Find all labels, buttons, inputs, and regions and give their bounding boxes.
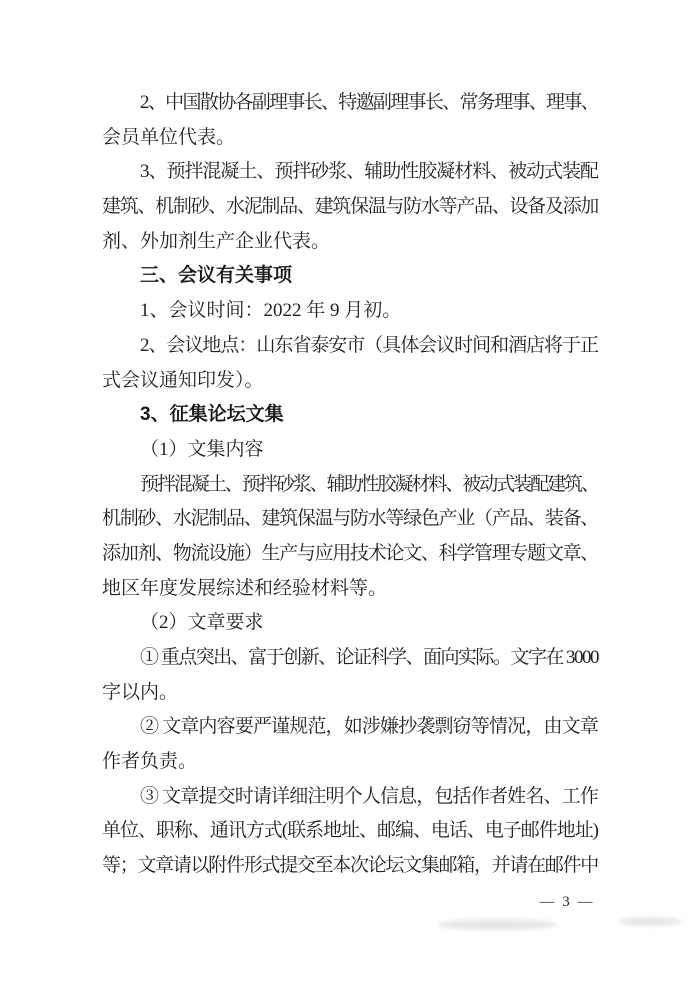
text-line-content: 1、会议时间：2022 年 9 月初。 [140, 300, 401, 321]
page-number: — 3 — [531, 894, 603, 911]
scanned-document-page: 2、中国散协各副理事长、特邀副理事长、常务理事、理事、会员单位代表。3、预拌混凝… [0, 0, 700, 990]
text-line-content: 添加剂、物流设施）生产与应用技术论文、科学管理专题文章、 [102, 543, 598, 564]
text-line-content: 字以内。 [102, 682, 178, 703]
text-line: 剂、外加剂生产企业代表。 [102, 225, 598, 260]
text-line: 1、会议时间：2022 年 9 月初。 [102, 294, 598, 329]
text-line-content: 2、会议地点：山东省泰安市（具体会议时间和酒店将于正 [140, 335, 598, 356]
text-line: 会员单位代表。 [102, 121, 598, 156]
text-line-content: 地区年度发展综述和经验材料等。 [102, 578, 387, 599]
text-line-content: 机制砂、水泥制品、建筑保温与防水等绿色产业（产品、装备、 [102, 508, 598, 529]
text-line: 三、会议有关事项 [102, 259, 598, 294]
text-line-content: ③ 文章提交时请详细注明个人信息，包括作者姓名、工作 [140, 786, 598, 807]
text-line-content: 式会议通知印发）。 [102, 370, 264, 391]
text-line: （2）文章要求 [102, 606, 598, 641]
text-line: 2、中国散协各副理事长、特邀副理事长、常务理事、理事、 [102, 86, 598, 121]
text-line: 地区年度发展综述和经验材料等。 [102, 572, 598, 607]
text-line: 等；文章请以附件形式提交至本次论坛文集邮箱，并请在邮件中 [102, 849, 598, 884]
text-line-content: 建筑、机制砂、水泥制品、建筑保温与防水等产品、设备及添加 [102, 196, 598, 217]
text-line: 机制砂、水泥制品、建筑保温与防水等绿色产业（产品、装备、 [102, 502, 598, 537]
text-line-content: 单位、职称、通讯方式(联系地址、邮编、电话、电子邮件地址) [102, 820, 598, 841]
text-line: 式会议通知印发）。 [102, 364, 598, 399]
text-line: 预拌混凝土、预拌砂浆、辅助性胶凝材料、被动式装配建筑、 [102, 468, 598, 503]
text-line-content: 会员单位代表。 [102, 127, 235, 148]
text-line-content: 3、预拌混凝土、预拌砂浆、辅助性胶凝材料、被动式装配 [140, 161, 598, 182]
text-line-content: 作者负责。 [102, 751, 197, 772]
text-line: （1）文集内容 [102, 433, 598, 468]
text-line: 3、征集论坛文集 [102, 398, 598, 433]
text-line: 建筑、机制砂、水泥制品、建筑保温与防水等产品、设备及添加 [102, 190, 598, 225]
text-line: ② 文章内容要严谨规范，如涉嫌抄袭剽窃等情况，由文章 [102, 710, 598, 745]
text-line: 添加剂、物流设施）生产与应用技术论文、科学管理专题文章、 [102, 537, 598, 572]
text-line-content: ② 文章内容要严谨规范，如涉嫌抄袭剽窃等情况，由文章 [140, 716, 598, 737]
text-line: 单位、职称、通讯方式(联系地址、邮编、电话、电子邮件地址) [102, 814, 598, 849]
text-line: 作者负责。 [102, 745, 598, 780]
text-line-content: ① 重点突出、富于创新、论证科学、面向实际。文字在 3000 [140, 647, 598, 668]
text-line: 2、会议地点：山东省泰安市（具体会议时间和酒店将于正 [102, 329, 598, 364]
document-body: 2、中国散协各副理事长、特邀副理事长、常务理事、理事、会员单位代表。3、预拌混凝… [102, 86, 598, 884]
text-line-content: 三、会议有关事项 [140, 265, 292, 286]
text-line-content: 等；文章请以附件形式提交至本次论坛文集邮箱，并请在邮件中 [102, 855, 598, 876]
text-line-content: 2、中国散协各副理事长、特邀副理事长、常务理事、理事、 [140, 92, 598, 113]
text-line: ③ 文章提交时请详细注明个人信息，包括作者姓名、工作 [102, 780, 598, 815]
text-line-content: 3、征集论坛文集 [140, 404, 284, 425]
scan-artifact [618, 917, 682, 926]
text-line-content: （1）文集内容 [140, 439, 264, 460]
text-line: ① 重点突出、富于创新、论证科学、面向实际。文字在 3000 [102, 641, 598, 676]
text-line-content: （2）文章要求 [140, 612, 264, 633]
text-line: 字以内。 [102, 676, 598, 711]
scan-artifact [438, 919, 558, 930]
text-line: 3、预拌混凝土、预拌砂浆、辅助性胶凝材料、被动式装配 [102, 155, 598, 190]
text-line-content: 预拌混凝土、预拌砂浆、辅助性胶凝材料、被动式装配建筑、 [140, 474, 598, 495]
text-line-content: 剂、外加剂生产企业代表。 [102, 231, 330, 252]
